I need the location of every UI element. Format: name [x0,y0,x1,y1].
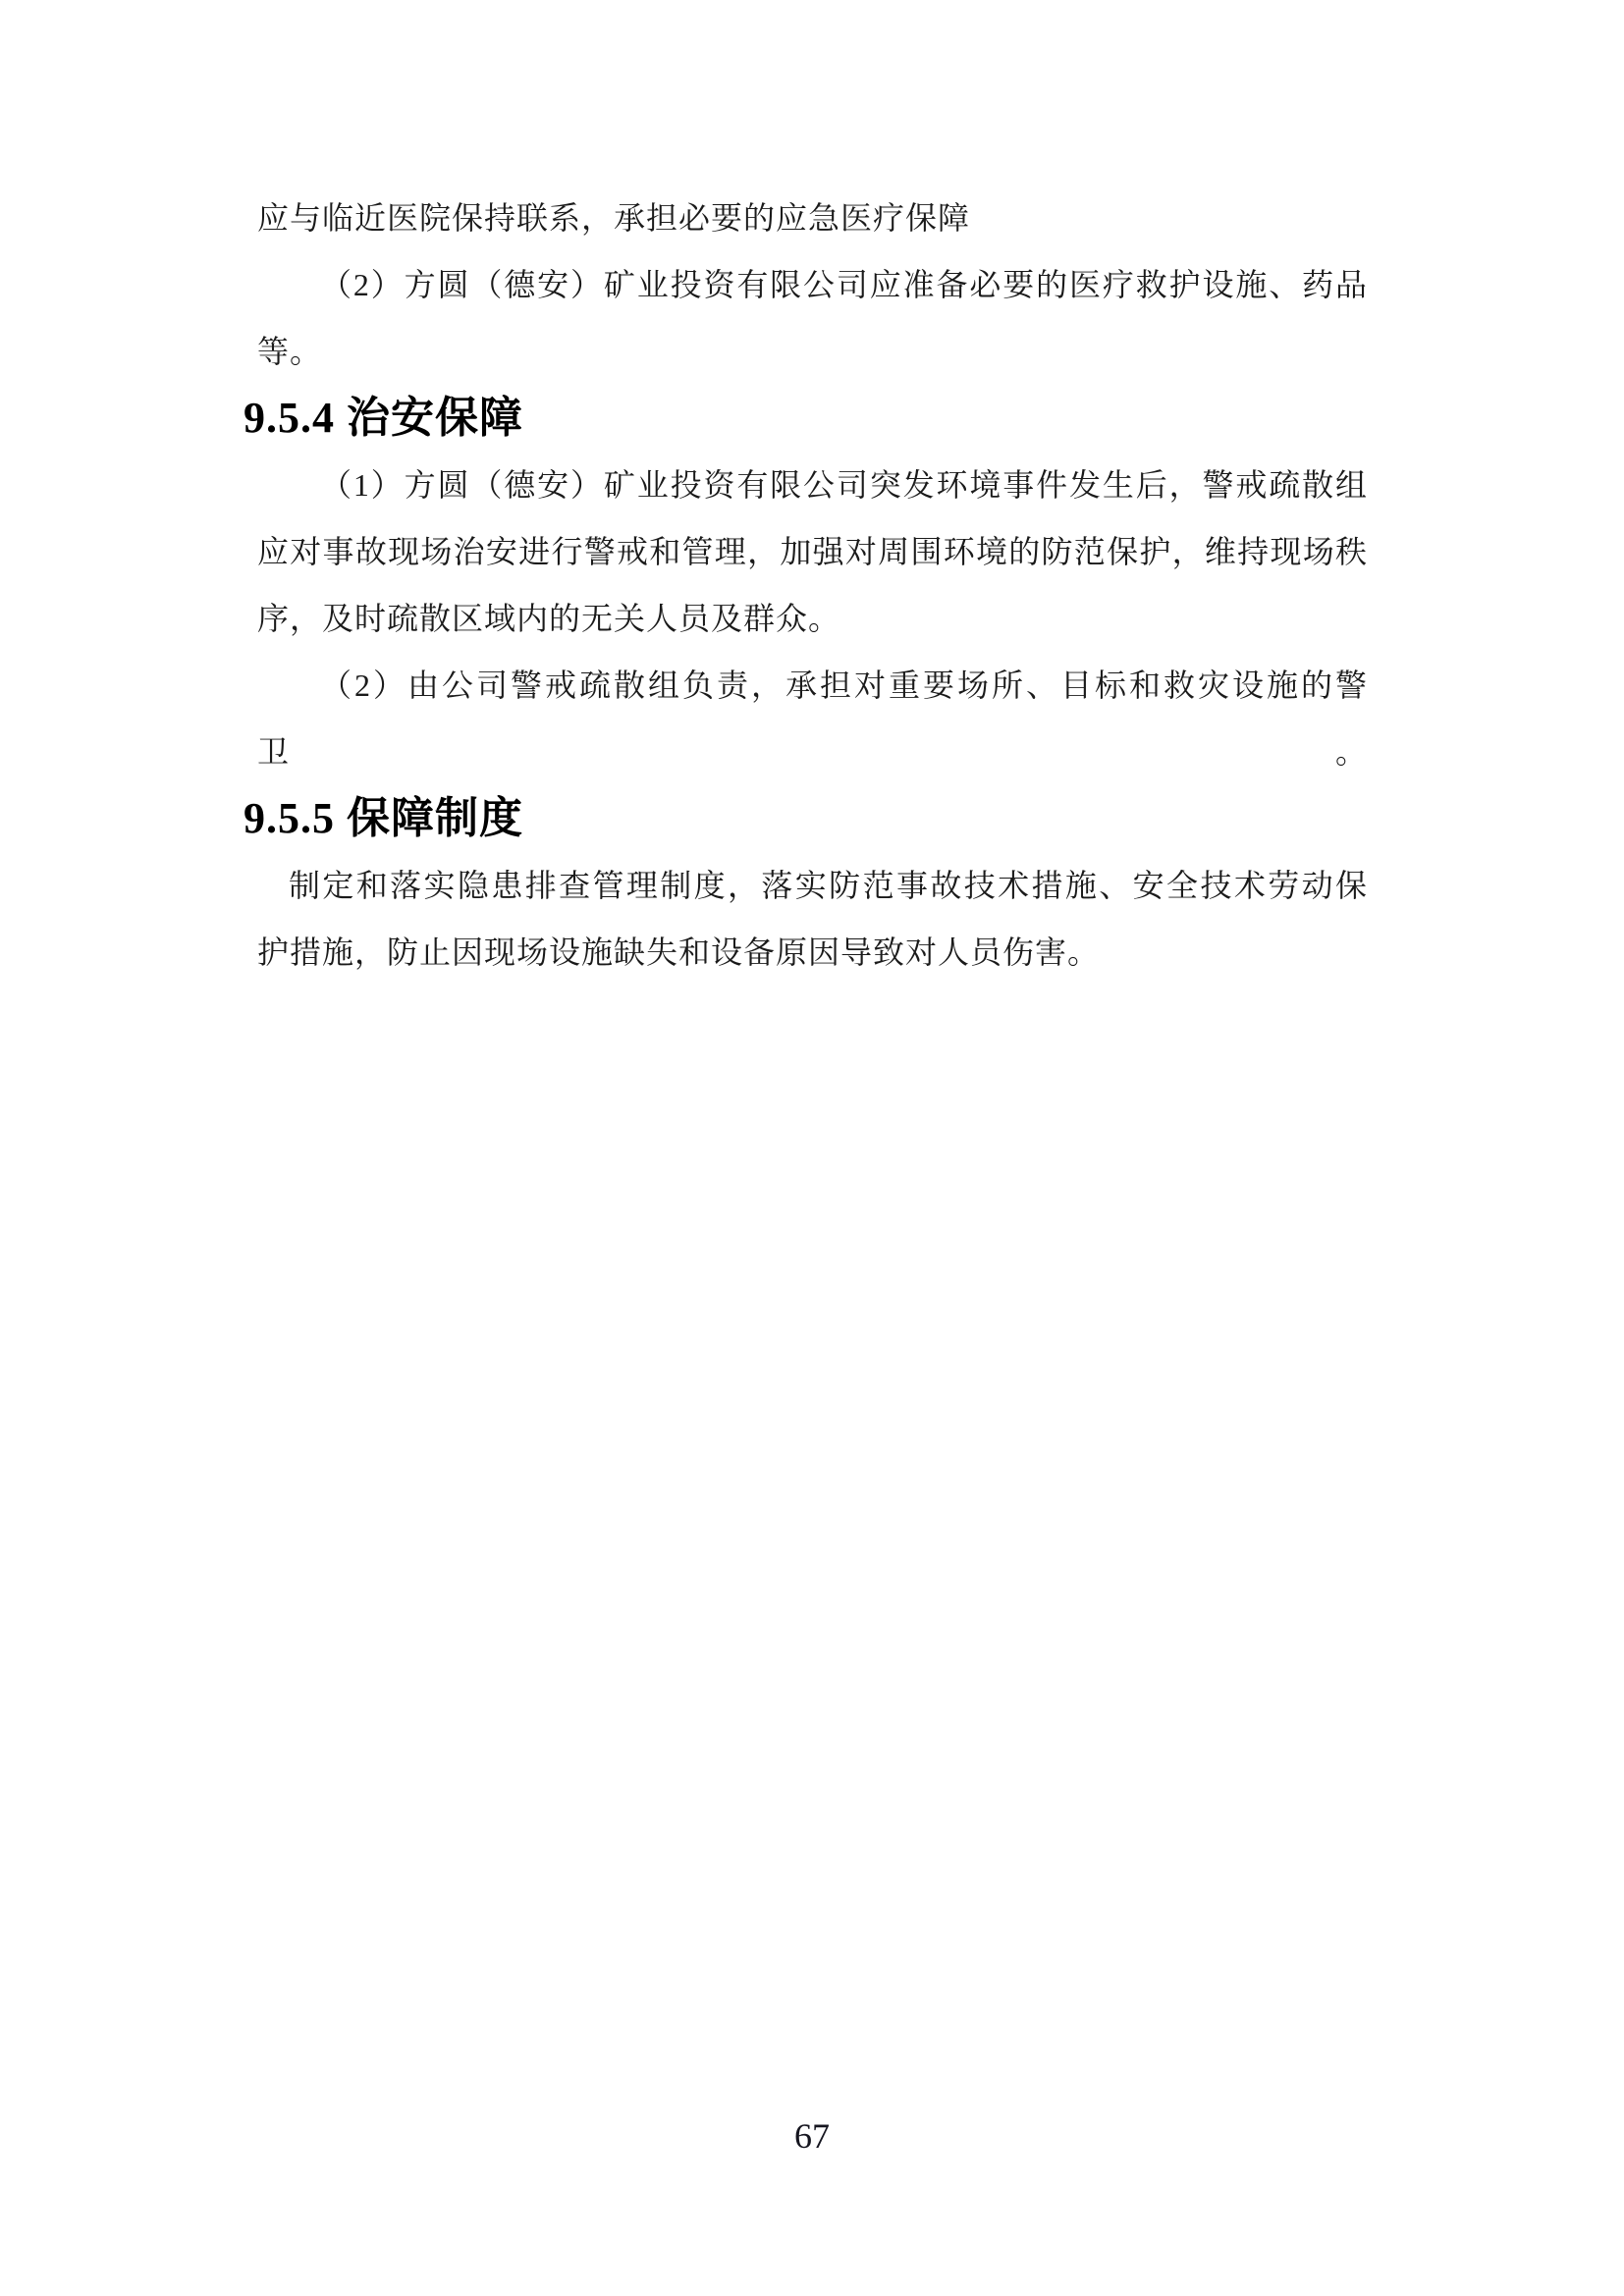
body-line-security-wrap-1: 应对事故现场治安进行警戒和管理，加强对周围环境的防范保护，维持现场秩 [257,518,1368,585]
document-text-block: 应与临近医院保持联系，承担必要的应急医疗保障 （2）方圆（德安）矿业投资有限公司… [257,185,1368,986]
page-number: 67 [0,2116,1624,2156]
body-line-continuation: 应与临近医院保持联系，承担必要的应急医疗保障 [257,185,1368,251]
body-line-item-2-medical: （2）方圆（德安）矿业投资有限公司应准备必要的医疗救护设施、药品 [257,251,1368,318]
section-heading-954: 9.5.4 治安保障 [244,385,1368,452]
body-line-security-wrap-2: 序，及时疏散区域内的无关人员及群众。 [257,585,1368,652]
body-line-item-1-security: （1）方圆（德安）矿业投资有限公司突发环境事件发生后，警戒疏散组 [257,452,1368,518]
body-line-item-2-guard: （2）由公司警戒疏散组负责，承担对重要场所、目标和救灾设施的警卫。 [257,652,1368,785]
section-heading-955: 9.5.5 保障制度 [244,785,1368,852]
body-line-paragraph-end: 等。 [257,318,1368,385]
body-line-system-wrap-1: 制定和落实隐患排查管理制度，落实防范事故技术措施、安全技术劳动保 [257,852,1368,919]
body-line-system-wrap-2: 护措施，防止因现场设施缺失和设备原因导致对人员伤害。 [257,919,1368,986]
document-page: 应与临近医院保持联系，承担必要的应急医疗保障 （2）方圆（德安）矿业投资有限公司… [0,0,1624,2296]
